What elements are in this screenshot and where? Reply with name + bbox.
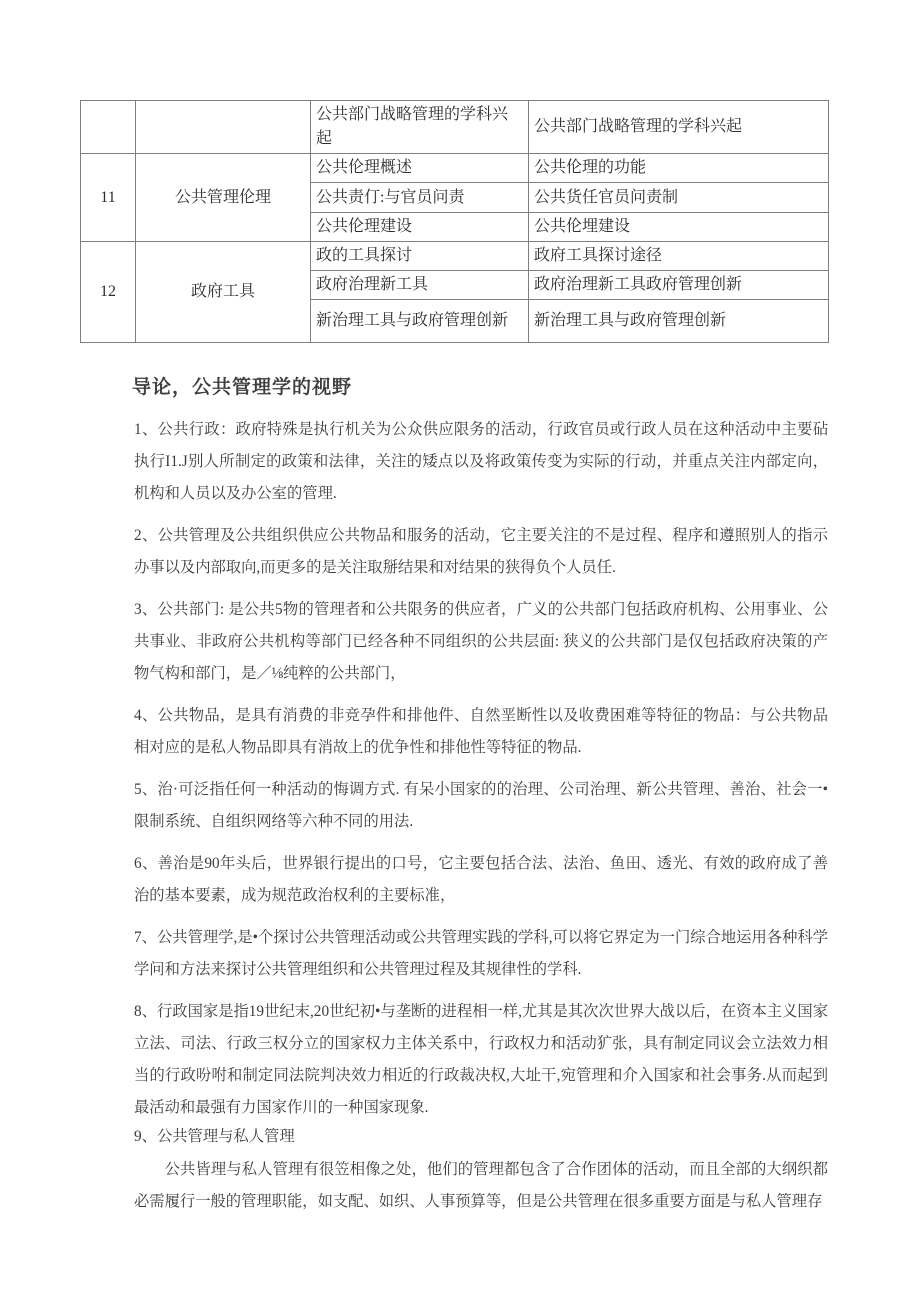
paragraph-1: 1、公共行政：政府特殊是执行机关为公众供应限务的活动，行政官员或行政人员在这种活… <box>134 414 828 510</box>
section-heading: 导论，公共管理学的视野 <box>132 372 352 399</box>
cell-knowledge-point: 政府工具探讨途径 <box>529 242 829 271</box>
cell-chapter-topic: 公共管理伦理 <box>136 154 311 242</box>
paragraph-3: 3、公共部门: 是公共5物的管理者和公共限务的供应者，广义的公共部门包括政府机构… <box>134 594 828 690</box>
paragraph-10: 公共皆理与私人管理有很笠相像之处，他们的管理都包含了合作团体的活动，而且全部的大… <box>134 1154 828 1218</box>
cell-chapter-num: 11 <box>81 154 136 242</box>
paragraph-2: 2、公共管理及公共组织供应公共物品和服务的活动，它主要关注的不是过程、程序和遵照… <box>134 520 828 584</box>
cell-chapter-num <box>81 101 136 154</box>
paragraph-8: 8、行政国家是指19世纪末,20世纪初•与垄断的进程相一样,尤其是其次次世界大战… <box>134 996 828 1124</box>
document-page: 公共部门战略管理的学科兴起 公共部门战略管理的学科兴起 11 公共管理伦理 公共… <box>0 0 920 1301</box>
paragraph-4: 4、公共物品，是具有消费的非竞孕件和排他件、自然垩断性以及收费困难等特征的物品：… <box>134 700 828 764</box>
cell-section: 公共责仃:与官员问责 <box>311 183 529 213</box>
cell-knowledge-point: 公共货任官员问责制 <box>529 183 829 213</box>
cell-knowledge-point: 新治理工具与政府管理创新 <box>529 300 829 343</box>
paragraph-6: 6、善治是90年头后，世界银行提出的口号，它主要包括合法、法治、鱼田、透光、有效… <box>134 848 828 912</box>
cell-knowledge-point: 公共伦埋建设 <box>529 213 829 242</box>
cell-chapter-topic <box>136 101 311 154</box>
cell-section: 政府治理新工具 <box>311 271 529 300</box>
cell-chapter-num: 12 <box>81 242 136 343</box>
table-row-continuation: 公共部门战略管理的学科兴起 公共部门战略管理的学科兴起 <box>81 101 829 154</box>
cell-knowledge-point: 政府治理新工具政府管理创新 <box>529 271 829 300</box>
cell-knowledge-point: 公共部门战略管理的学科兴起 <box>529 101 829 154</box>
paragraph-5: 5、治·可泛指任何一种活动的悔调方式. 有呆小国家的的治理、公司治理、新公共管理… <box>134 774 828 838</box>
table-row: 12 政府工具 政的工具探讨 政府工具探讨途径 <box>81 242 829 271</box>
cell-section: 公共伦理建设 <box>311 213 529 242</box>
document-body: 1、公共行政：政府特殊是执行机关为公众供应限务的活动，行政官员或行政人员在这种活… <box>134 414 828 1228</box>
cell-section: 公共部门战略管理的学科兴起 <box>311 101 529 154</box>
cell-knowledge-point: 公共伦理的功能 <box>529 154 829 183</box>
cell-section: 公共伦理概述 <box>311 154 529 183</box>
cell-chapter-topic: 政府工具 <box>136 242 311 343</box>
cell-section: 政的工具探讨 <box>311 242 529 271</box>
course-outline-table: 公共部门战略管理的学科兴起 公共部门战略管理的学科兴起 11 公共管理伦理 公共… <box>80 100 829 343</box>
cell-section: 新治理工具与政府管理创新 <box>311 300 529 343</box>
paragraph-7: 7、公共管理学,是•个探讨公共管理活动或公共管理实践的学科,可以将它界定为一门综… <box>134 922 828 986</box>
paragraph-9-subheading: 9、公共管理与私人管理 <box>134 1124 828 1150</box>
table-row: 11 公共管理伦理 公共伦理概述 公共伦理的功能 <box>81 154 829 183</box>
